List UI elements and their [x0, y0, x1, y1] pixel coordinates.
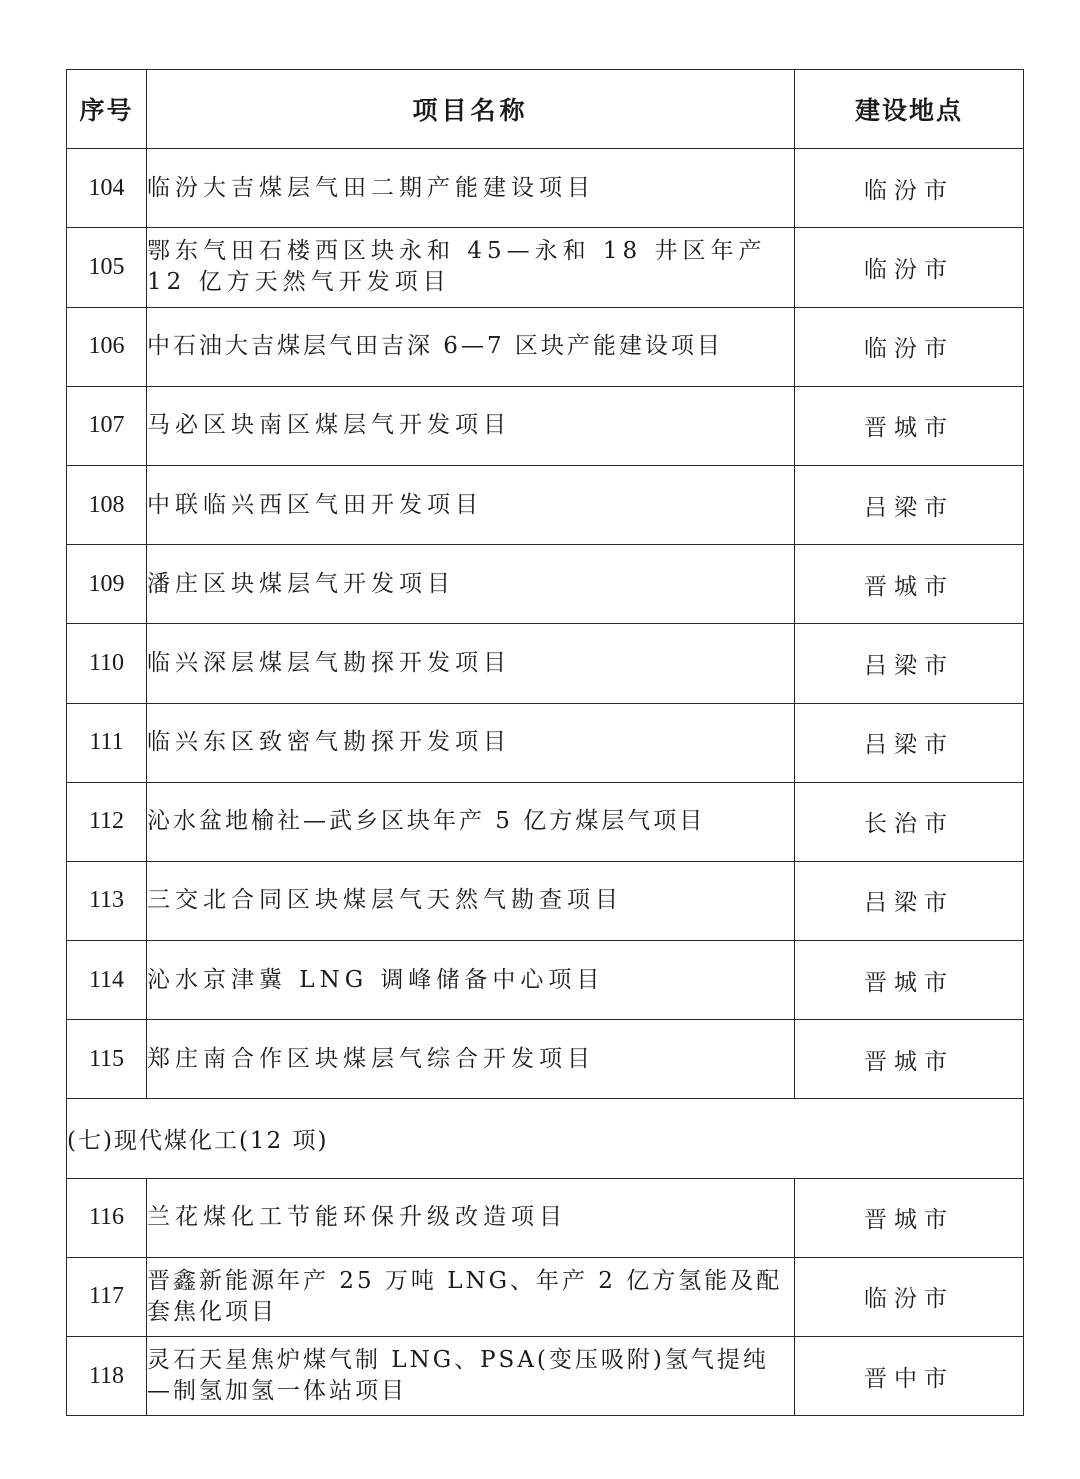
row-name: 鄂东气田石楼西区块永和 45—永和 18 井区年产 12 亿方天然气开发项目 [147, 228, 795, 307]
table-row: 105鄂东气田石楼西区块永和 45—永和 18 井区年产 12 亿方天然气开发项… [67, 228, 1024, 307]
table-row: 114沁水京津冀 LNG 调峰储备中心项目晋城市 [67, 941, 1024, 1020]
row-no: 118 [67, 1337, 147, 1416]
row-no: 116 [67, 1178, 147, 1257]
row-no: 111 [67, 703, 147, 782]
row-location: 晋城市 [795, 1020, 1024, 1099]
row-name: 三交北合同区块煤层气天然气勘查项目 [147, 861, 795, 940]
header-row: 序号 项目名称 建设地点 [67, 70, 1024, 149]
row-name: 中联临兴西区气田开发项目 [147, 465, 795, 544]
table-row: 112沁水盆地榆社—武乡区块年产 5 亿方煤层气项目长治市 [67, 782, 1024, 861]
table-row: 118灵石天星焦炉煤气制 LNG、PSA(变压吸附)氢气提纯—制氢加氢一体站项目… [67, 1337, 1024, 1416]
row-location: 吕梁市 [795, 861, 1024, 940]
table-row: 110临兴深层煤层气勘探开发项目吕梁市 [67, 624, 1024, 703]
row-location: 临汾市 [795, 228, 1024, 307]
header-location: 建设地点 [795, 70, 1024, 149]
table-row: 107马必区块南区煤层气开发项目晋城市 [67, 386, 1024, 465]
row-no: 108 [67, 465, 147, 544]
row-name: 沁水京津冀 LNG 调峰储备中心项目 [147, 941, 795, 1020]
row-no: 114 [67, 941, 147, 1020]
section-heading: (七)现代煤化工(12 项) [67, 1099, 1024, 1178]
table-row: 116兰花煤化工节能环保升级改造项目晋城市 [67, 1178, 1024, 1257]
table-row: 104临汾大吉煤层气田二期产能建设项目临汾市 [67, 149, 1024, 228]
row-name: 兰花煤化工节能环保升级改造项目 [147, 1178, 795, 1257]
row-location: 吕梁市 [795, 624, 1024, 703]
row-no: 106 [67, 307, 147, 386]
row-location: 晋城市 [795, 1178, 1024, 1257]
row-location: 长治市 [795, 782, 1024, 861]
row-location: 吕梁市 [795, 703, 1024, 782]
row-no: 104 [67, 149, 147, 228]
table-row: 109潘庄区块煤层气开发项目晋城市 [67, 545, 1024, 624]
row-name: 临汾大吉煤层气田二期产能建设项目 [147, 149, 795, 228]
row-no: 109 [67, 545, 147, 624]
row-name: 灵石天星焦炉煤气制 LNG、PSA(变压吸附)氢气提纯—制氢加氢一体站项目 [147, 1337, 795, 1416]
row-no: 112 [67, 782, 147, 861]
row-no: 105 [67, 228, 147, 307]
row-location: 临汾市 [795, 1257, 1024, 1336]
row-no: 107 [67, 386, 147, 465]
table-row: 106中石油大吉煤层气田吉深 6—7 区块产能建设项目临汾市 [67, 307, 1024, 386]
row-location: 晋中市 [795, 1337, 1024, 1416]
row-name: 马必区块南区煤层气开发项目 [147, 386, 795, 465]
row-name: 临兴东区致密气勘探开发项目 [147, 703, 795, 782]
row-location: 晋城市 [795, 941, 1024, 1020]
row-no: 115 [67, 1020, 147, 1099]
row-name: 沁水盆地榆社—武乡区块年产 5 亿方煤层气项目 [147, 782, 795, 861]
row-no: 117 [67, 1257, 147, 1336]
row-location: 临汾市 [795, 307, 1024, 386]
table-row: 111临兴东区致密气勘探开发项目吕梁市 [67, 703, 1024, 782]
table-row: 117晋鑫新能源年产 25 万吨 LNG、年产 2 亿方氢能及配套焦化项目临汾市 [67, 1257, 1024, 1336]
row-location: 晋城市 [795, 545, 1024, 624]
table-row: 115郑庄南合作区块煤层气综合开发项目晋城市 [67, 1020, 1024, 1099]
row-no: 110 [67, 624, 147, 703]
row-location: 晋城市 [795, 386, 1024, 465]
row-location: 吕梁市 [795, 465, 1024, 544]
row-name: 潘庄区块煤层气开发项目 [147, 545, 795, 624]
row-no: 113 [67, 861, 147, 940]
table-row: 113三交北合同区块煤层气天然气勘查项目吕梁市 [67, 861, 1024, 940]
row-name: 郑庄南合作区块煤层气综合开发项目 [147, 1020, 795, 1099]
table-row: 108中联临兴西区气田开发项目吕梁市 [67, 465, 1024, 544]
row-location: 临汾市 [795, 149, 1024, 228]
row-name: 中石油大吉煤层气田吉深 6—7 区块产能建设项目 [147, 307, 795, 386]
row-name: 临兴深层煤层气勘探开发项目 [147, 624, 795, 703]
header-no: 序号 [67, 70, 147, 149]
projects-table: 序号 项目名称 建设地点 104临汾大吉煤层气田二期产能建设项目临汾市 105鄂… [66, 69, 1024, 1416]
section-row: (七)现代煤化工(12 项) [67, 1099, 1024, 1178]
row-name: 晋鑫新能源年产 25 万吨 LNG、年产 2 亿方氢能及配套焦化项目 [147, 1257, 795, 1336]
header-name: 项目名称 [147, 70, 795, 149]
